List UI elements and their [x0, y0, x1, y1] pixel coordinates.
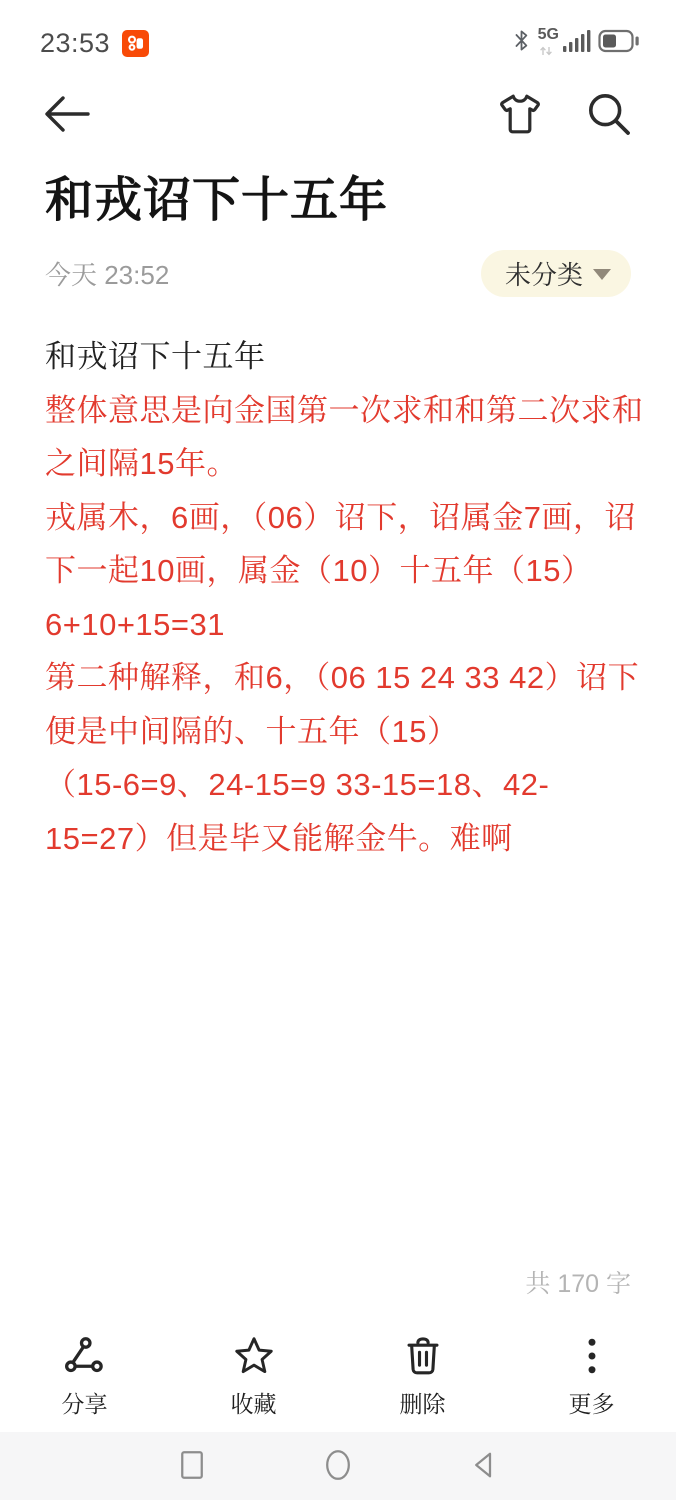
favorite-button[interactable]: 收藏: [169, 1328, 338, 1432]
status-time: 23:53: [40, 28, 110, 59]
skin-tshirt-icon: [496, 91, 544, 140]
network-indicator: 5G: [538, 27, 559, 60]
share-button[interactable]: 分享: [0, 1328, 169, 1432]
search-button[interactable]: [586, 91, 632, 140]
signal-bars-icon: [563, 29, 591, 58]
back-arrow-icon: [42, 91, 92, 140]
more-button[interactable]: 更多: [507, 1328, 676, 1432]
battery-icon: [598, 29, 640, 58]
note-date: 今天 23:52: [45, 255, 169, 292]
search-icon: [586, 91, 632, 140]
more-label: 更多: [569, 1386, 615, 1419]
bluetooth-icon: [512, 27, 531, 59]
network-type-label: 5G: [538, 27, 559, 43]
char-count: 共 170 字: [525, 1264, 631, 1300]
share-label: 分享: [62, 1386, 108, 1419]
delete-label: 删除: [400, 1386, 446, 1419]
share-icon: [63, 1334, 107, 1381]
note-meta-row: 今天 23:52 未分类: [45, 248, 631, 298]
favorite-label: 收藏: [231, 1386, 277, 1419]
notes-app-screen: 23:53 5G: [0, 0, 676, 1500]
home-button[interactable]: [320, 1447, 356, 1486]
category-badge[interactable]: 未分类: [481, 250, 631, 297]
back-button[interactable]: [42, 91, 92, 140]
note-line[interactable]: 整体意思是向金国第一次求和和第二次求和: [45, 384, 636, 438]
back-nav-button[interactable]: [466, 1447, 502, 1486]
delete-button[interactable]: 删除: [338, 1328, 507, 1432]
back-triangle-icon: [466, 1447, 502, 1486]
android-navbar: [0, 1432, 676, 1500]
status-right: 5G: [512, 27, 640, 60]
kuaishou-notification-icon: [122, 30, 149, 57]
note-body[interactable]: 和戎诏下十五年 整体意思是向金国第一次求和和第二次求和 之间隔15年。 戎属木，…: [45, 330, 636, 865]
status-bar: 23:53 5G: [0, 0, 676, 80]
note-line[interactable]: 戎属木，6画，（06）诏下，诏属金7画，诏: [45, 491, 636, 545]
recents-button[interactable]: [174, 1447, 210, 1486]
recents-square-icon: [174, 1447, 210, 1486]
note-line[interactable]: 下一起10画，属金（10）十五年（15）: [45, 544, 636, 598]
bottom-toolbar: 分享 收藏 删除: [0, 1328, 676, 1432]
home-circle-icon: [320, 1447, 356, 1486]
category-label: 未分类: [505, 255, 583, 292]
note-line[interactable]: 6+10+15=31: [45, 598, 636, 652]
note-line[interactable]: 15=27）但是毕又能解金牛。难啊: [45, 812, 636, 866]
chevron-down-icon: [593, 269, 611, 280]
note-line[interactable]: （15-6=9、24-15=9 33-15=18、42-: [45, 758, 636, 812]
note-line[interactable]: 第二种解释，和6，（06 15 24 33 42）诏下: [45, 651, 636, 705]
note-line[interactable]: 和戎诏下十五年: [45, 330, 636, 384]
data-arrows-icon: [539, 44, 553, 60]
note-line[interactable]: 之间隔15年。: [45, 437, 636, 491]
star-icon: [232, 1334, 276, 1381]
status-left: 23:53: [40, 28, 149, 59]
note-line[interactable]: 便是中间隔的、十五年（15）: [45, 705, 636, 759]
more-dots-icon: [570, 1334, 614, 1381]
skin-button[interactable]: [496, 91, 544, 140]
trash-icon: [401, 1334, 445, 1381]
note-title[interactable]: 和戎诏下十五年: [45, 172, 631, 230]
app-bar: [0, 84, 676, 146]
